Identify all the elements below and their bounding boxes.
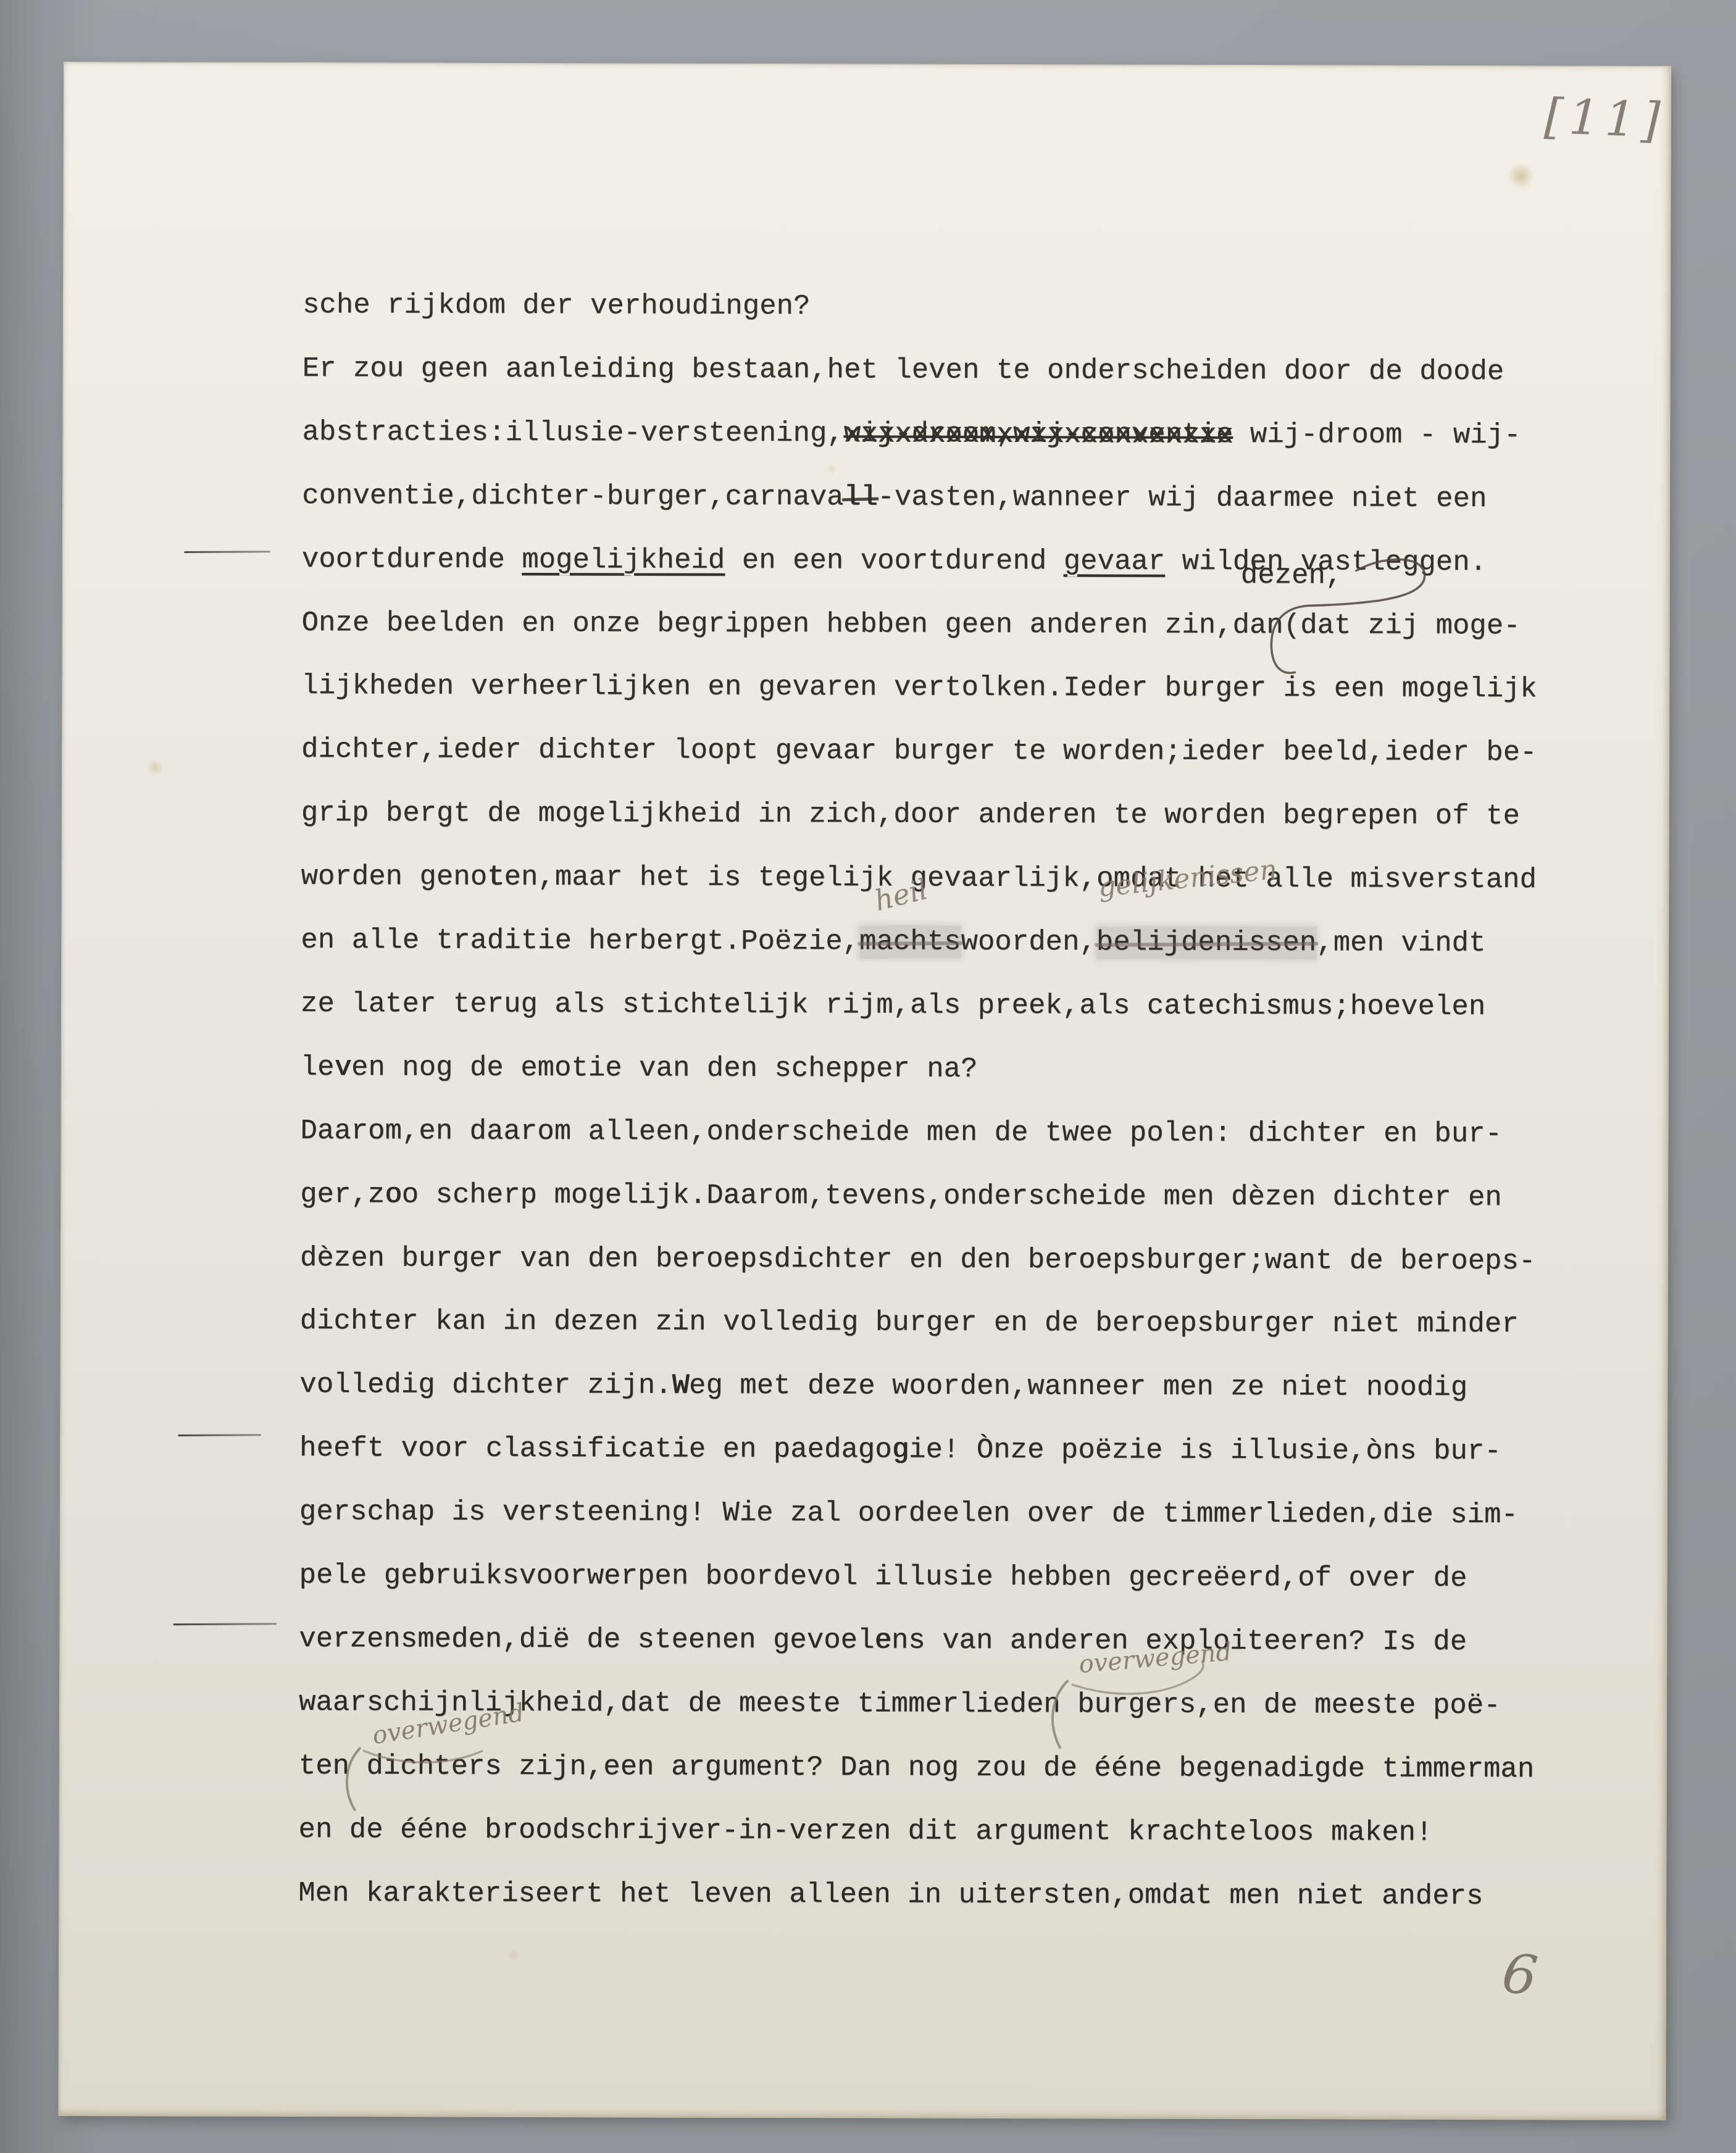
typescript-segment: o scherp mogelijk.Daarom,tevens,ondersch…	[402, 1178, 1502, 1214]
typed-insertion-dezen: dezen,	[1241, 559, 1343, 591]
margin-dash	[173, 1623, 277, 1625]
typescript-segment: sche rijkdom der verhoudingen?	[303, 289, 811, 323]
typescript-line: sche rijkdom der verhoudingen?	[303, 289, 811, 323]
typescript-segment: wij-droom - wij-	[1233, 419, 1521, 452]
typescript-segment-sp: belijdenissen	[1096, 926, 1317, 959]
typescript-segment-u: gevaar	[1064, 545, 1166, 578]
typescript-segment: ten dichters zijn,een argument? Dan nog …	[299, 1750, 1535, 1786]
typescript-line: verzensmeden,dië de steenen gevoelens va…	[299, 1623, 1467, 1658]
typescript-segment: en nog de emotie van den schepper na?	[351, 1051, 978, 1085]
typescript-line: dichter kan in dezen zin volledig burger…	[300, 1305, 1519, 1341]
typescript-segment: ie! Ònze poëzie is illusie,òns bur-	[909, 1434, 1501, 1468]
typescript-segment: pele ge	[299, 1559, 418, 1592]
typescript-segment: dichter kan in dezen zin volledig burger…	[300, 1305, 1519, 1341]
margin-dash	[184, 551, 270, 553]
typescript-line: Er zou geen aanleiding bestaan,het leven…	[303, 352, 1504, 388]
typescript-segment: le	[301, 1051, 335, 1084]
manuscript-page: [11] sche rijkdom der verhoudingen?Er zo…	[58, 62, 1671, 2120]
typescript-line: lijkheden verheerlijken en gevaren verto…	[301, 670, 1537, 706]
typescript-segment-otx: ll	[843, 481, 877, 514]
typescript-line: ten dichters zijn,een argument? Dan nog …	[299, 1750, 1535, 1786]
typescript-segment: grip bergt de mogelijkheid in zich,door …	[301, 797, 1520, 833]
typescript-segment: dèzen burger van den beroepsdichter en d…	[300, 1242, 1536, 1278]
typescript-segment: voortdurende	[302, 543, 522, 576]
typescript-segment: conventie,dichter-burger,carnava	[302, 480, 843, 514]
typescript-line: Onze beelden en onze begrippen hebben ge…	[302, 607, 1521, 643]
overstrike-xxx: xxxxxxxxxxxxxxxxxxxxxxx	[844, 418, 1233, 451]
margin-dash	[178, 1434, 261, 1436]
typescript-line: conventie,dichter-burger,carnavall-vaste…	[302, 480, 1487, 515]
typescript-line: gerschap is versteening! Wie zal oordeel…	[299, 1496, 1518, 1531]
pencil-annotation-gelijkenissen: gelijkenissen	[1097, 854, 1279, 903]
typescript-segment: abstracties:illusie-versteening,	[302, 416, 843, 450]
typescript-segment-ot: W	[672, 1370, 690, 1402]
typescript-segment-u: mogelijkheid	[522, 544, 725, 577]
scan-background: [11] sche rijkdom der verhoudingen?Er zo…	[0, 0, 1736, 2153]
typescript-segment-ot: t	[487, 861, 504, 894]
typescript-segment: ze later terug als stichtelijk rijm,als …	[301, 988, 1485, 1023]
typescript-segment: verzensmeden,dië de steenen gevoel	[299, 1623, 874, 1657]
typescript-segment: eg met deze woorden,wanneer men ze niet …	[689, 1370, 1467, 1404]
typescript-segment: en een voortdurend	[725, 544, 1063, 577]
typescript-line: ze later terug als stichtelijk rijm,als …	[301, 988, 1485, 1023]
typescript-segment: ger,z	[300, 1178, 385, 1211]
typescript-segment-ot: g	[892, 1434, 909, 1467]
typescript-line: Men karakteriseert het leven alleen in u…	[298, 1877, 1483, 1913]
typescript-segment: -vasten,wanneer wij daarmee niet een	[877, 481, 1487, 515]
typescript-segment-ot: e	[874, 1624, 891, 1657]
typescript-line: en de ééne broodschrijver-in-verzen dit …	[298, 1814, 1432, 1849]
typescript-segment: volledig dichter zijn.	[299, 1368, 672, 1402]
typescript-segment: en de ééne broodschrijver-in-verzen dit …	[298, 1814, 1432, 1849]
typescript-line: en alle traditie herbergt.Poëzie,machtsw…	[301, 924, 1485, 960]
pencil-page-number: 6	[1499, 1941, 1541, 2008]
typescript-line: volledig dichter zijn.Weg met deze woord…	[299, 1368, 1467, 1404]
typescript-segment: Er zou geen aanleiding bestaan,het leven…	[303, 352, 1504, 388]
typescript-line: dèzen burger van den beroepsdichter en d…	[300, 1242, 1536, 1278]
typescript-segment-ot: o	[385, 1178, 402, 1211]
typescript-segment: Men karakteriseert het leven alleen in u…	[298, 1877, 1483, 1913]
typescript-line: grip bergt de mogelijkheid in zich,door …	[301, 797, 1520, 833]
typescript-segment: dichter,ieder dichter loopt gevaar burge…	[301, 733, 1537, 769]
typescript-segment-ot: v	[335, 1051, 352, 1084]
typescript-segment: lijkheden verheerlijken en gevaren verto…	[301, 670, 1537, 706]
typescript-segment: Daarom,en daarom alleen,onderscheide men…	[300, 1115, 1502, 1151]
typescript-segment: en alle traditie herbergt.Poëzie,	[301, 924, 859, 958]
typescript-segment-sp: machts	[859, 925, 961, 958]
typescript-body: sche rijkdom der verhoudingen?Er zou gee…	[64, 62, 1671, 67]
typescript-segment: heeft voor classificatie en paedago	[299, 1432, 892, 1466]
typescript-line: leven nog de emotie van den schepper na?	[301, 1051, 978, 1085]
typescript-segment: Onze beelden en onze begrippen hebben ge…	[302, 607, 1521, 643]
typescript-segment: ruiksvoorwerpen boordevol illusie hebben…	[435, 1560, 1467, 1595]
typescript-segment: worden geno	[301, 860, 487, 893]
typescript-segment-sx: wij-droom,wij-conventiexxxxxxxxxxxxxxxxx…	[844, 417, 1233, 451]
typescript-segment: woorden,	[961, 926, 1096, 959]
pencil-folio-mark: [11]	[1543, 89, 1666, 149]
typescript-segment: ,men vindt	[1316, 927, 1485, 959]
typescript-segment-ot: b	[417, 1560, 435, 1593]
typescript-line: ger,zoo scherp mogelijk.Daarom,tevens,on…	[300, 1178, 1502, 1214]
typescript-segment: gerschap is versteening! Wie zal oordeel…	[299, 1496, 1518, 1531]
typescript-segment: en,maar het is tegelijk gevaarlijk,omdat…	[504, 861, 1537, 896]
typescript-line: pele gebruiksvoorwerpen boordevol illusi…	[299, 1559, 1467, 1594]
typescript-line: abstracties:illusie-versteening,wij-droo…	[302, 416, 1521, 452]
typescript-line: dichter,ieder dichter loopt gevaar burge…	[301, 733, 1537, 769]
typescript-line: Daarom,en daarom alleen,onderscheide men…	[300, 1115, 1502, 1151]
typescript-line: heeft voor classificatie en paedagogie! …	[299, 1432, 1501, 1468]
